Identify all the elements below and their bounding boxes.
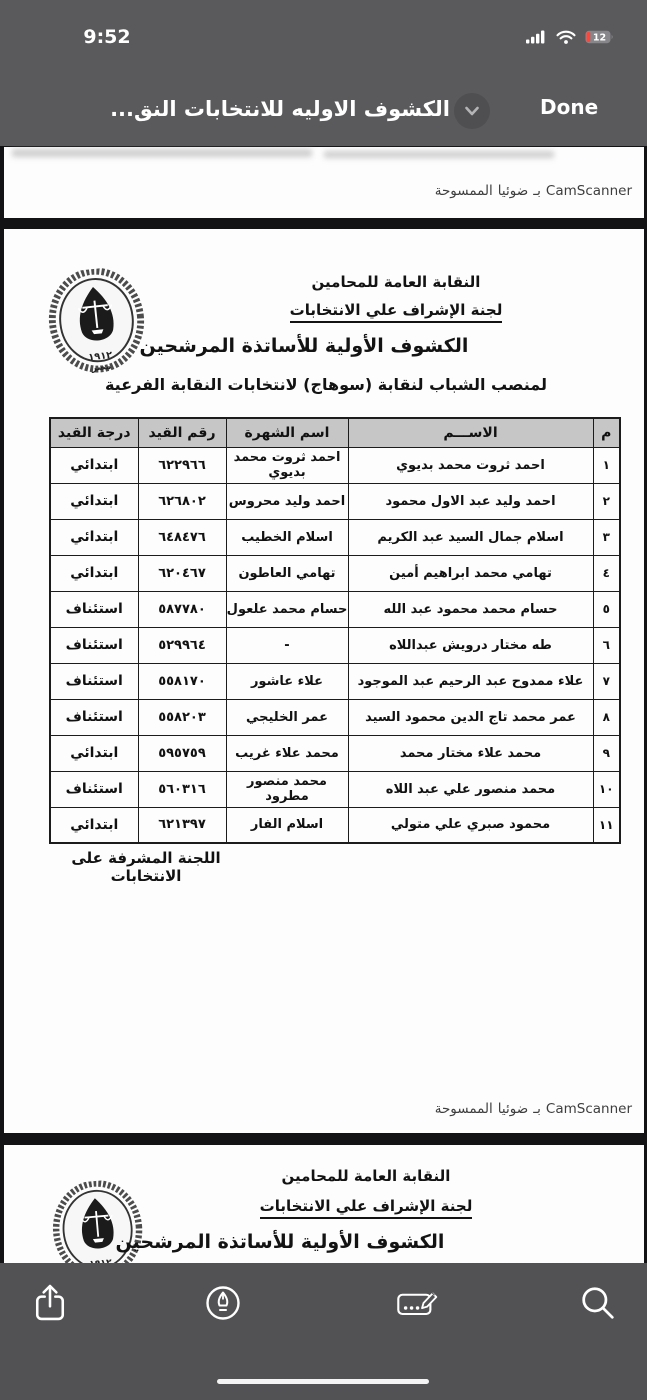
cell-index: ٦: [593, 627, 620, 663]
cell-reg-degree: ابتدائي: [50, 555, 138, 591]
footer-signature: اللجنة المشرفة على الانتخابات: [62, 849, 230, 885]
committee-title: لجنة الإشراف علي الانتخابات: [116, 1197, 616, 1215]
cell-reg-degree: ابتدائي: [50, 447, 138, 483]
top-chrome: 9:52 12 الكشوف الاوليه للانتخابات النق..…: [0, 0, 647, 146]
cell-known-name: علاء عاشور: [226, 663, 348, 699]
cell-name: عمر محمد تاج الدين محمود السيد: [348, 699, 593, 735]
cell-name: حسام محمد محمود عبد الله: [348, 591, 593, 627]
cell-known-name: احمد وليد محروس: [226, 483, 348, 519]
cell-reg-degree: استئناف: [50, 627, 138, 663]
page-previous-partial: الممسوحة ضوئيا بـ CamScanner: [4, 147, 644, 218]
table-row: ٧علاء ممدوح عبد الرحيم عبد الموجودعلاء ع…: [50, 663, 620, 699]
done-button[interactable]: Done: [540, 95, 598, 119]
cell-reg-degree: ابتدائي: [50, 735, 138, 771]
cell-known-name: اسلام الفار: [226, 807, 348, 843]
cell-name: محمد علاء مختار محمد: [348, 735, 593, 771]
share-button[interactable]: [28, 1281, 72, 1325]
cell-reg-number: ٦٢٢٩٦٦: [138, 447, 226, 483]
cell-reg-degree: ابتدائي: [50, 483, 138, 519]
cell-reg-number: ٥٨٧٧٨٠: [138, 591, 226, 627]
committee-title: لجنة الإشراف علي الانتخابات: [146, 301, 646, 319]
status-icons: 12: [526, 30, 615, 44]
candidates-table-body: ١احمد ثروت محمد بديوياحمد ثروت محمد بديو…: [50, 447, 620, 843]
cell-name: اسلام جمال السيد عبد الكريم: [348, 519, 593, 555]
cell-index: ١٠: [593, 771, 620, 807]
cell-reg-degree: ابتدائي: [50, 519, 138, 555]
scan-smudge: [324, 151, 554, 158]
watermark-word: الممسوحة: [435, 183, 493, 199]
watermark-word: الممسوحة: [435, 1101, 493, 1117]
cell-name: احمد ثروت محمد بديوي: [348, 447, 593, 483]
title-menu-button[interactable]: [454, 93, 490, 129]
autofill-button[interactable]: [396, 1281, 440, 1325]
cell-reg-number: ٥٥٨١٧٠: [138, 663, 226, 699]
share-icon: [33, 1282, 67, 1324]
cell-reg-number: ٦٢٠٤٦٧: [138, 555, 226, 591]
cell-index: ٤: [593, 555, 620, 591]
cell-reg-number: ٥٥٨٢٠٣: [138, 699, 226, 735]
cell-index: ١١: [593, 807, 620, 843]
autofill-icon: [396, 1284, 440, 1322]
cell-index: ٩: [593, 735, 620, 771]
page-document: ١٩١٢ مصر النقابة العامة للمحامين لجنة ال…: [4, 229, 644, 1133]
table-row: ٣اسلام جمال السيد عبد الكريماسلام الخطيب…: [50, 519, 620, 555]
table-row: ٨عمر محمد تاج الدين محمود السيدعمر الخلي…: [50, 699, 620, 735]
chevron-down-icon: [461, 100, 483, 122]
cell-known-name: محمد منصور مطرود: [226, 771, 348, 807]
org-title: النقابة العامة للمحامين: [116, 1167, 616, 1185]
table-row: ٦طه مختار درويش عبداللاه-٥٢٩٩٦٤استئناف: [50, 627, 620, 663]
battery-percent: 12: [593, 33, 606, 44]
table-row: ١٠محمد منصور علي عبد اللاهمحمد منصور مطر…: [50, 771, 620, 807]
cell-index: ٥: [593, 591, 620, 627]
table-row: ٩محمد علاء مختار محمدمحمد علاء غريب٥٩٥٧٥…: [50, 735, 620, 771]
table-row: ١١محمود صبري علي متولياسلام الفار٦٢١٣٩٧ا…: [50, 807, 620, 843]
home-indicator[interactable]: [217, 1379, 429, 1384]
cell-reg-number: ٥٦٠٣١٦: [138, 771, 226, 807]
cell-known-name: تهامي العاطون: [226, 555, 348, 591]
status-time: 9:52: [62, 26, 152, 48]
camscanner-watermark: الممسوحة ضوئيا بـ CamScanner: [435, 1101, 632, 1117]
org-title: النقابة العامة للمحامين: [146, 273, 646, 291]
watermark-word: ضوئيا: [498, 183, 528, 199]
cell-reg-degree: استئناف: [50, 771, 138, 807]
cell-reg-degree: استئناف: [50, 663, 138, 699]
scan-smudge: [12, 149, 312, 157]
cell-reg-degree: استئناف: [50, 591, 138, 627]
table-row: ٥حسام محمد محمود عبد اللهحسام محمد علعول…: [50, 591, 620, 627]
table-row: ١احمد ثروت محمد بديوياحمد ثروت محمد بديو…: [50, 447, 620, 483]
watermark-word: ضوئيا: [498, 1101, 528, 1117]
quicklook-viewer: الممسوحة ضوئيا بـ CamScanner ١٩١٢ مصر ال…: [0, 0, 647, 1400]
watermark-brand: CamScanner: [546, 183, 632, 199]
cell-index: ١: [593, 447, 620, 483]
cell-known-name: عمر الخليجي: [226, 699, 348, 735]
table-row: ٤تهامي محمد ابراهيم أمينتهامي العاطون٦٢٠…: [50, 555, 620, 591]
header-name: الاســـم: [348, 418, 593, 447]
table-row: ٢احمد وليد عبد الاول محموداحمد وليد محرو…: [50, 483, 620, 519]
cell-name: طه مختار درويش عبداللاه: [348, 627, 593, 663]
cell-name: احمد وليد عبد الاول محمود: [348, 483, 593, 519]
markup-pen-icon: [204, 1284, 242, 1322]
battery-icon: 12: [585, 30, 615, 44]
cell-known-name: احمد ثروت محمد بديوي: [226, 447, 348, 483]
cell-name: محمد منصور علي عبد اللاه: [348, 771, 593, 807]
search-icon: [580, 1285, 616, 1321]
cell-name: تهامي محمد ابراهيم أمين: [348, 555, 593, 591]
cell-reg-number: ٥٢٩٩٦٤: [138, 627, 226, 663]
camscanner-watermark: الممسوحة ضوئيا بـ CamScanner: [435, 183, 632, 199]
watermark-brand: CamScanner: [546, 1101, 632, 1117]
bar-association-emblem-icon: ١٩١٢ مصر: [42, 264, 151, 386]
cell-reg-number: ٦٢٦٨٠٢: [138, 483, 226, 519]
cell-name: محمود صبري علي متولي: [348, 807, 593, 843]
cellular-signal-icon: [526, 30, 547, 44]
list-subtitle: لمنصب الشباب لنقابة (سوهاج) لانتخابات ال…: [16, 375, 636, 394]
bottom-toolbar: [0, 1263, 647, 1400]
candidates-table: م الاســـم اسم الشهرة رقم القيد درجة الق…: [49, 417, 621, 844]
watermark-word: بـ: [533, 1101, 541, 1117]
svg-text:مصر: مصر: [90, 362, 112, 374]
cell-known-name: -: [226, 627, 348, 663]
search-button[interactable]: [576, 1281, 620, 1325]
cell-reg-number: ٦٤٨٤٧٦: [138, 519, 226, 555]
table-header-row: م الاســـم اسم الشهرة رقم القيد درجة الق…: [50, 418, 620, 447]
cell-reg-number: ٦٢١٣٩٧: [138, 807, 226, 843]
list-title: الكشوف الأولية للأساتذة المرشحين: [4, 1231, 556, 1253]
header-known-name: اسم الشهرة: [226, 418, 348, 447]
wifi-icon: [556, 30, 576, 44]
cell-known-name: حسام محمد علعول: [226, 591, 348, 627]
cell-index: ٨: [593, 699, 620, 735]
cell-reg-number: ٥٩٥٧٥٩: [138, 735, 226, 771]
cell-reg-degree: استئناف: [50, 699, 138, 735]
cell-index: ٣: [593, 519, 620, 555]
cell-index: ٧: [593, 663, 620, 699]
document-title: الكشوف الاوليه للانتخابات النق...: [12, 92, 450, 126]
cell-index: ٢: [593, 483, 620, 519]
cell-reg-degree: ابتدائي: [50, 807, 138, 843]
header-reg-degree: درجة القيد: [50, 418, 138, 447]
cell-name: علاء ممدوح عبد الرحيم عبد الموجود: [348, 663, 593, 699]
header-index: م: [593, 418, 620, 447]
list-title: الكشوف الأولية للأساتذة المرشحين: [24, 335, 584, 357]
watermark-word: بـ: [533, 183, 541, 199]
cell-known-name: اسلام الخطيب: [226, 519, 348, 555]
markup-button[interactable]: [201, 1281, 245, 1325]
header-reg-number: رقم القيد: [138, 418, 226, 447]
cell-known-name: محمد علاء غريب: [226, 735, 348, 771]
